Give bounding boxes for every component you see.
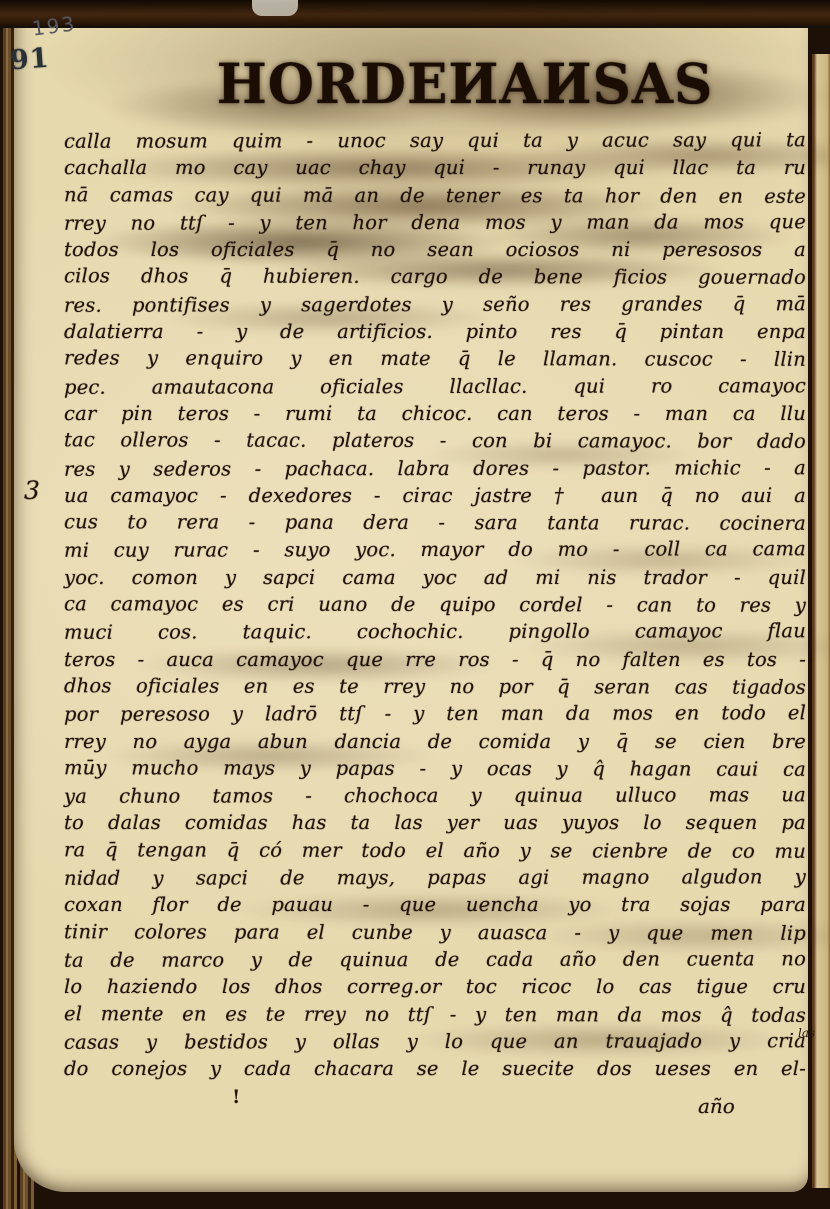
page-title: HORDEИAИSAS xyxy=(130,53,800,116)
manuscript-line: el mente en es te rrey no ttſ - y ten ma… xyxy=(64,1000,806,1029)
manuscript-line: cilos dhos q̄ hubieren. cargo de bene fi… xyxy=(64,263,806,292)
bottom-right-word: año xyxy=(698,1094,735,1118)
manuscript-line: ta de marco y de quinua de cada año den … xyxy=(64,945,806,974)
manuscript-line: ra q̄ tengan q̄ có mer todo el año y se … xyxy=(64,836,806,865)
manuscript-line: por peresoso y ladrō ttſ - y ten man da … xyxy=(64,699,806,728)
manuscript-line: res. pontifises y sagerdotes y seño res … xyxy=(64,290,806,319)
right-superscript-note: las xyxy=(798,1026,815,1040)
manuscript-text: calla mosum quim - unoc say qui ta y acu… xyxy=(64,127,806,1082)
manuscript-line: casas y bestidos y ollas y lo que an tra… xyxy=(64,1027,806,1056)
manuscript-line: mi cuy rurac - suyo yoc. mayor do mo - c… xyxy=(64,536,806,565)
manuscript-line: ua camayoc - dexedores - cirac jastre † … xyxy=(64,482,806,509)
paper-scrap xyxy=(252,0,298,16)
manuscript-line: rrey no ayga abun dancia de comida y q̄ … xyxy=(64,728,806,755)
manuscript-line: ca camayoc es cri uano de quipo cordel -… xyxy=(64,590,806,619)
manuscript-line: nā camas cay qui mā an de tener es ta ho… xyxy=(64,181,806,210)
manuscript-line: todos los oficiales q̄ no sean ociosos n… xyxy=(64,236,806,263)
manuscript-line: calla mosum quim - unoc say qui ta y acu… xyxy=(64,126,806,155)
manuscript-line: mūy mucho mays y papas - y ocas y q̂ hag… xyxy=(64,754,806,783)
manuscript-line: teros - auca camayoc que rre ros - q̄ no… xyxy=(64,646,806,673)
manuscript-line: coxan flor de pauau - que uencha yo tra … xyxy=(64,891,806,918)
folio-number-ink: 91 xyxy=(9,43,51,77)
manuscript-line: lo haziendo los dhos correg.or toc ricoc… xyxy=(64,973,806,1000)
manuscript-line: do conejos y cada chacara se le suecite … xyxy=(64,1055,806,1082)
manuscript-line: nidad y sapci de mays, papas agi magno a… xyxy=(64,863,806,892)
manuscript-line: dhos oficiales en es te rrey no por q̄ s… xyxy=(64,672,806,701)
manuscript-line: redes y enquiro y en mate q̄ le llaman. … xyxy=(64,345,806,374)
manuscript-line: pec. amautacona oficiales llacllac. qui … xyxy=(64,372,806,401)
manuscript-scan: 193 91 HORDEИAИSAS calla mosum quim - un… xyxy=(0,0,830,1209)
manuscript-line: muci cos. taquic. cochochic. pingollo ca… xyxy=(64,618,806,647)
manuscript-line: dalatierra - y de artificios. pinto res … xyxy=(64,318,806,345)
manuscript-line: tinir colores para el cunbe y auasca - y… xyxy=(64,918,806,947)
manuscript-line: tac olleros - tacac. plateros - con bi c… xyxy=(64,426,806,455)
manuscript-line: rrey no ttſ - y ten hor dena mos y man d… xyxy=(64,208,806,237)
manuscript-line: to dalas comidas has ta las yer uas yuyo… xyxy=(64,809,806,836)
manuscript-line: yoc. comon y sapci cama yoc ad mi nis tr… xyxy=(64,564,806,591)
manuscript-line: res y sederos - pachaca. labra dores - p… xyxy=(64,454,806,483)
manuscript-line: cus to rera - pana dera - sara tanta rur… xyxy=(64,508,806,537)
manuscript-line: car pin teros - rumi ta chicoc. can tero… xyxy=(64,400,806,427)
manuscript-line: ya chuno tamos - chochoca y quinua ulluc… xyxy=(64,781,806,810)
manuscript-line: cachalla mo cay uac chay qui - runay qui… xyxy=(64,154,806,181)
bottom-stray-mark: ! xyxy=(232,1086,240,1108)
book-binding-top xyxy=(0,0,830,28)
adjacent-page-edge xyxy=(812,54,830,1188)
margin-mark: 3 xyxy=(24,476,40,505)
